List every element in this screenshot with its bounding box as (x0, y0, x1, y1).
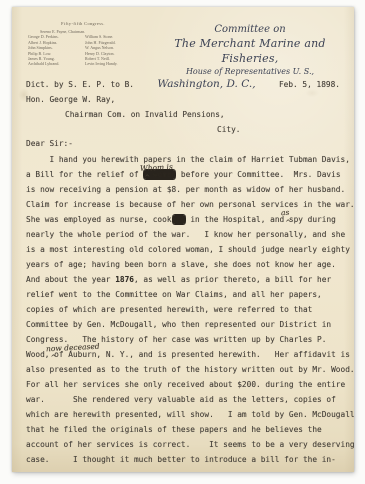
body-line: which are herewith presented, will show.… (26, 407, 352, 422)
typed-text: before your Committee. Mrs. Davis (176, 170, 340, 179)
recipient-name: Hon. George W. Ray, (26, 95, 115, 104)
body-line: She was employed as nurse, cooking in th… (26, 212, 352, 227)
struck-out-text: ing (172, 215, 186, 224)
typed-text: that he filed the originals of these pap… (26, 425, 322, 434)
body-line: that he filed the originals of these pap… (26, 422, 352, 437)
congress-header: Fifty-fifth Congress. (28, 21, 138, 27)
body-line: a Bill for the relief of Whom is^a woman… (26, 167, 352, 182)
body-line: For all her services she only received a… (26, 377, 352, 392)
committee-roster: Fifty-fifth Congress. Sereno E. Payne, C… (28, 21, 138, 67)
committee-member-name: Levin Irving Handy. (85, 61, 138, 66)
letterhead-house-line: House of Representatives U. S., (150, 66, 350, 78)
typed-text: She was employed as nurse, cook (26, 215, 172, 224)
typed-text: war. She rendered very valuable aid as t… (26, 395, 336, 404)
typed-text: copies of which are presented herewith, … (26, 305, 312, 314)
body-line: war. She rendered very valuable aid as t… (26, 392, 352, 407)
body-line: is a most interesting old colored woman,… (26, 242, 352, 257)
emphasized-text: 1876 (115, 275, 134, 284)
recipient-title: Chairman Com. on Invalid Pensions, (65, 110, 225, 119)
typed-text: For all her services she only received a… (26, 380, 345, 389)
body-line: Claim for increase is because of her own… (26, 197, 352, 212)
letter-body: I hand you herewith papers in the claim … (26, 152, 352, 467)
typed-text: account of her services is correct. It s… (26, 440, 355, 449)
body-line: relief went to the Committee on War Clai… (26, 287, 352, 302)
typed-text: also presented as to the truth of the hi… (26, 365, 355, 374)
typed-text: , as well as prior thereto, a bill for h… (134, 275, 331, 284)
committee-member-name: Archibald Lybrand. (28, 61, 85, 66)
letter-page: Fifty-fifth Congress. Sereno E. Payne, C… (12, 7, 354, 472)
typed-text: years of age; having been born a slave, … (26, 260, 336, 269)
body-line: Wood,now deceased^ of Auburn, N. Y., and… (26, 347, 352, 362)
typed-text: nearly the whole period of the war. I kn… (26, 230, 345, 239)
typed-text: Claim for increase is because of her own… (26, 200, 355, 209)
typed-text: is a most interesting old colored woman,… (26, 245, 350, 254)
body-line: nearly the whole period of the war. I kn… (26, 227, 352, 242)
typed-text: Committee by Gen. McDougall, who then re… (26, 320, 331, 329)
body-line: also presented as to the truth of the hi… (26, 362, 352, 377)
body-line: And about the year 1876, as well as prio… (26, 272, 352, 287)
recipient-city: City. (217, 125, 240, 134)
letter-date: Feb. 5, 1898. (279, 80, 340, 89)
body-line: copies of which are presented herewith, … (26, 302, 352, 317)
body-line: account of her services is correct. It s… (26, 437, 352, 452)
typed-text: relief went to the Committee on War Clai… (26, 290, 322, 299)
body-line: case. I thought it much better to introd… (26, 452, 352, 467)
body-line: Committee by Gen. McDougall, who then re… (26, 317, 352, 332)
typed-text: in the Hospital, and (186, 215, 285, 224)
committee-roster-rows: Sereno E. Payne, Chairman.George D. Perk… (28, 29, 138, 67)
typed-text: case. I thought it much better to introd… (26, 455, 336, 464)
body-line: is now receiving a pension at $8. per mo… (26, 182, 352, 197)
letterhead-committee-on: Committee on (150, 23, 350, 36)
body-line: I hand you herewith papers in the claim … (26, 152, 352, 167)
dictation-note: Dict. by S. E. P. to B. (26, 80, 134, 89)
typed-text: is now receiving a pension at $8. per mo… (26, 185, 345, 194)
letterhead: Committee on The Merchant Marine and Fis… (150, 23, 350, 78)
letterhead-place: Washington, D. C., (157, 78, 255, 90)
typed-text: spy during (284, 215, 336, 224)
body-line: years of age; having been born a slave, … (26, 257, 352, 272)
date-line: Dict. by S. E. P. to B. Washington, D. C… (26, 78, 340, 90)
typed-text: a Bill for the relief of (26, 170, 143, 179)
typed-text: which are herewith presented, will show.… (26, 410, 355, 419)
scanned-letter-screenshot: { "letterhead": { "congress_header": "Fi… (0, 0, 365, 484)
typed-text: I hand you herewith papers in the claim … (26, 155, 350, 164)
typed-text: And about the year (26, 275, 115, 284)
salutation: Dear Sir:- (26, 139, 73, 148)
letterhead-committee-name: The Merchant Marine and Fisheries, (150, 36, 350, 66)
